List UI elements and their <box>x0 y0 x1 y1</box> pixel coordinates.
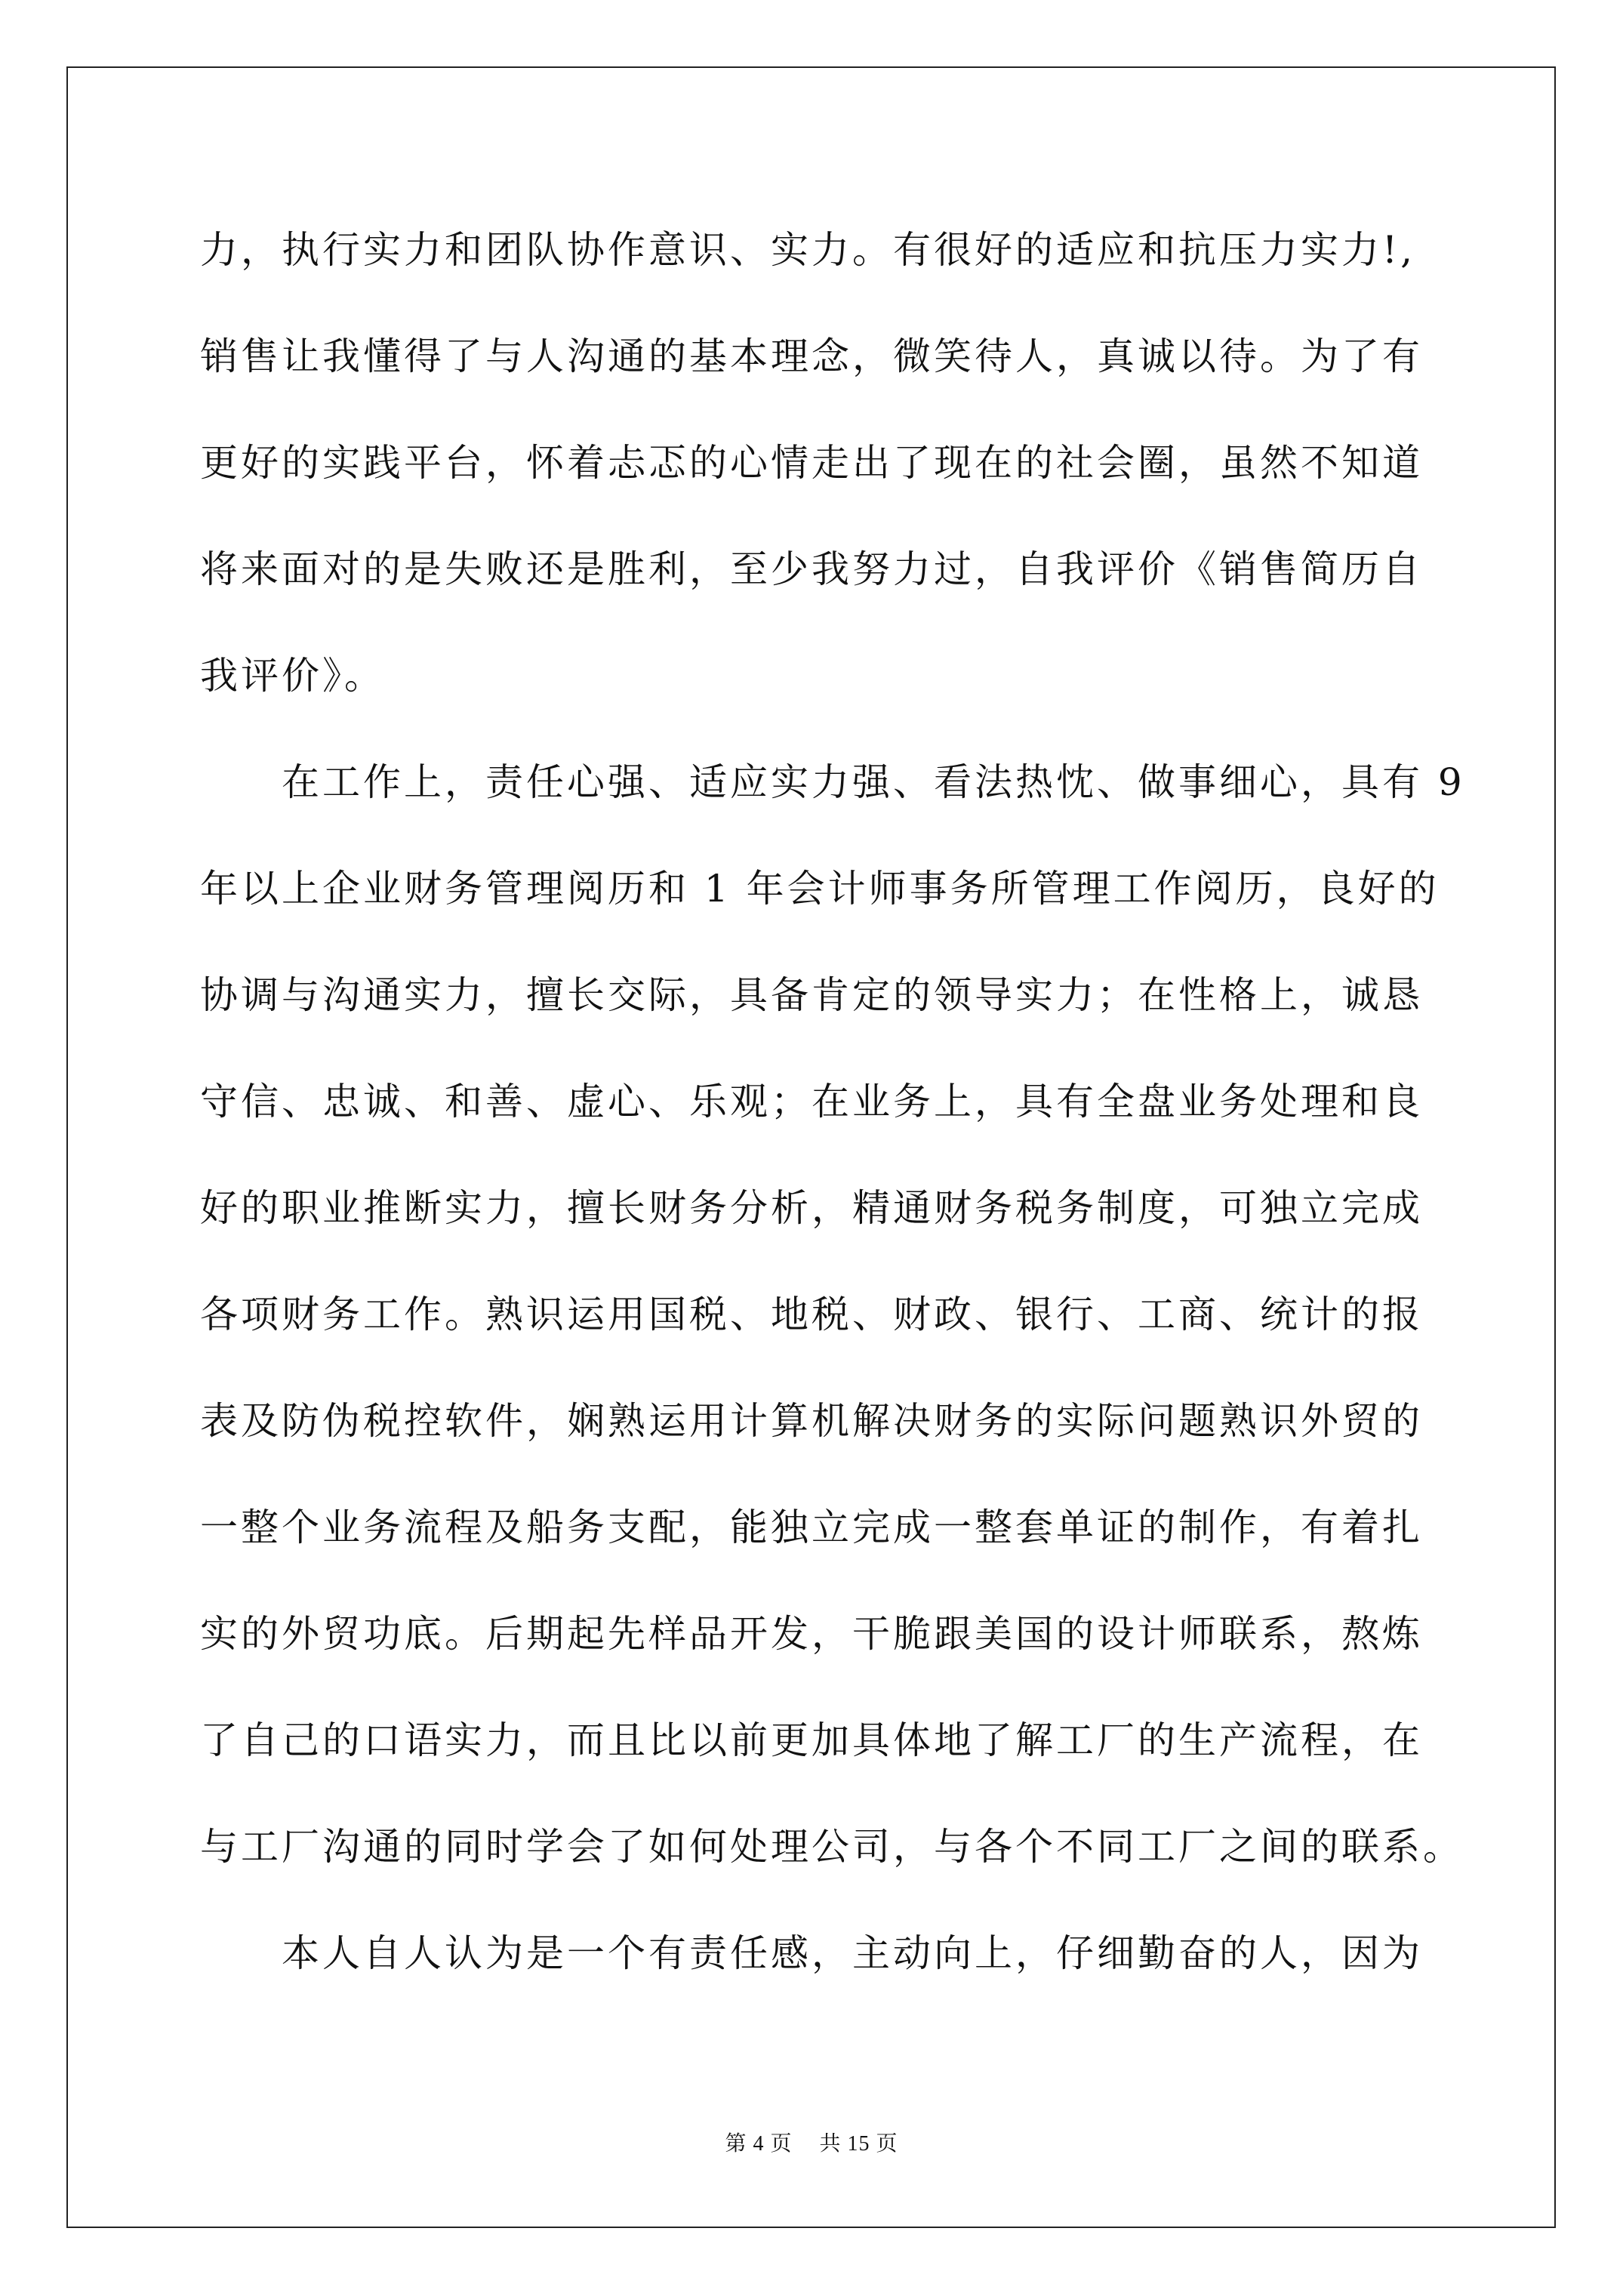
text-line: 力，执行实力和团队协作意识、实力。有很好的适应和抗压力实力!, <box>200 223 1438 330</box>
total-pages-label: 共 15 页 <box>820 2131 898 2158</box>
text-line: 更好的实践平台，怀着忐忑的心情走出了现在的社会圈，虽然不知道 <box>200 436 1438 543</box>
page-footer: 第 4 页共 15 页 <box>0 2131 1623 2158</box>
document-body: 力，执行实力和团队协作意识、实力。有很好的适应和抗压力实力!, 销售让我懂得了与… <box>200 223 1438 2033</box>
text-line: 我评价》。 <box>200 649 1438 756</box>
text-line: 实的外贸功底。后期起先样品开发，干脆跟美国的设计师联系，熬炼 <box>200 1607 1438 1714</box>
paragraph-start-line: 本人自人认为是一个有责任感，主动向上，仔细勤奋的人，因为 <box>200 1927 1438 2033</box>
text-line: 与工厂沟通的同时学会了如何处理公司，与各个不同工厂之间的联系。 <box>200 1820 1438 1927</box>
text-line: 表及防伪税控软件，娴熟运用计算机解决财务的实际问题熟识外贸的 <box>200 1395 1438 1501</box>
text-line: 协调与沟通实力，擅长交际，具备肯定的领导实力；在性格上，诚恳 <box>200 969 1438 1075</box>
text-line: 年以上企业财务管理阅历和 1 年会计师事务所管理工作阅历，良好的 <box>200 862 1438 969</box>
text-line: 各项财务工作。熟识运用国税、地税、财政、银行、工商、统计的报 <box>200 1288 1438 1395</box>
text-line: 守信、忠诚、和善、虚心、乐观；在业务上，具有全盘业务处理和良 <box>200 1075 1438 1182</box>
text-line: 将来面对的是失败还是胜利，至少我努力过，自我评价《销售简历自 <box>200 543 1438 649</box>
text-line: 销售让我懂得了与人沟通的基本理念，微笑待人，真诚以待。为了有 <box>200 330 1438 436</box>
text-line: 了自己的口语实力，而且比以前更加具体地了解工厂的生产流程，在 <box>200 1714 1438 1820</box>
text-line: 好的职业推断实力，擅长财务分析，精通财务税务制度，可独立完成 <box>200 1182 1438 1288</box>
current-page-label: 第 4 页 <box>725 2131 792 2158</box>
text-line: 一整个业务流程及船务支配，能独立完成一整套单证的制作，有着扎 <box>200 1501 1438 1607</box>
paragraph-start-line: 在工作上，责任心强、适应实力强、看法热忱、做事细心，具有 9 <box>200 756 1438 862</box>
